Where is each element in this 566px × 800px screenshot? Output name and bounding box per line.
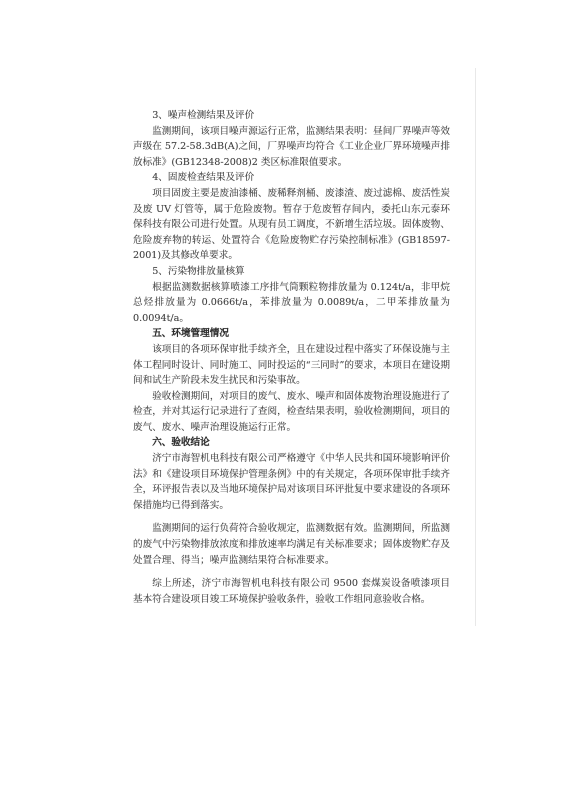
paragraph: 济宁市海智机电科技有限公司严格遵守《中华人民共和国环境影响评价法》和《建设项目环… [133, 451, 450, 513]
paragraph: 监测期间的运行负荷符合验收规定，监测数据有效。监测期间，所监测的废气中污染物排放… [133, 521, 450, 568]
paragraph: 验收检测期间，对项目的废气、废水、噪声和固体废物治理设施进行了检查，并对其运行记… [133, 389, 450, 436]
section-heading-acceptance-conclusion: 六、验收结论 [133, 435, 450, 451]
section-noise-results: 3、噪声检测结果及评价 监测期间，该项目噪声源运行正常，监测结果表明：昼间厂界噪… [133, 108, 450, 170]
paragraph: 根据监测数据核算喷漆工序排气筒颗粒物排放量为 0.124t/a，非甲烷总烃排放量… [133, 280, 450, 327]
paragraph: 综上所述，济宁市海智机电科技有限公司 9500 套煤炭设备喷漆项目基本符合建设项… [133, 576, 450, 607]
scan-edge-artifact [475, 68, 476, 626]
section-env-management: 五、环境管理情况 该项目的各项环保审批手续齐全，且在建设过程中落实了环保设施与主… [133, 326, 450, 435]
section-heading-noise: 3、噪声检测结果及评价 [133, 108, 450, 124]
paragraph: 该项目的各项环保审批手续齐全，且在建设过程中落实了环保设施与主体工程同时设计、同… [133, 342, 450, 389]
paragraph: 监测期间，该项目噪声源运行正常，监测结果表明：昼间厂界噪声等效声级在 57.2-… [133, 124, 450, 171]
section-pollutant-accounting: 5、污染物排放量核算 根据监测数据核算喷漆工序排气筒颗粒物排放量为 0.124t… [133, 264, 450, 326]
section-solid-waste: 4、固废检查结果及评价 项目固废主要是废油漆桶、废稀释剂桶、废漆渣、废过滤棉、废… [133, 170, 450, 264]
document-content: 3、噪声检测结果及评价 监测期间，该项目噪声源运行正常，监测结果表明：昼间厂界噪… [133, 108, 450, 607]
document-page: 3、噪声检测结果及评价 监测期间，该项目噪声源运行正常，监测结果表明：昼间厂界噪… [0, 0, 566, 800]
section-heading-env-management: 五、环境管理情况 [133, 326, 450, 342]
paragraph: 项目固废主要是废油漆桶、废稀释剂桶、废漆渣、废过滤棉、废活性炭及废 UV 灯管等… [133, 186, 450, 264]
section-acceptance-conclusion: 六、验收结论 济宁市海智机电科技有限公司严格遵守《中华人民共和国环境影响评价法》… [133, 435, 450, 607]
section-heading-solid-waste: 4、固废检查结果及评价 [133, 170, 450, 186]
section-heading-pollutant-accounting: 5、污染物排放量核算 [133, 264, 450, 280]
